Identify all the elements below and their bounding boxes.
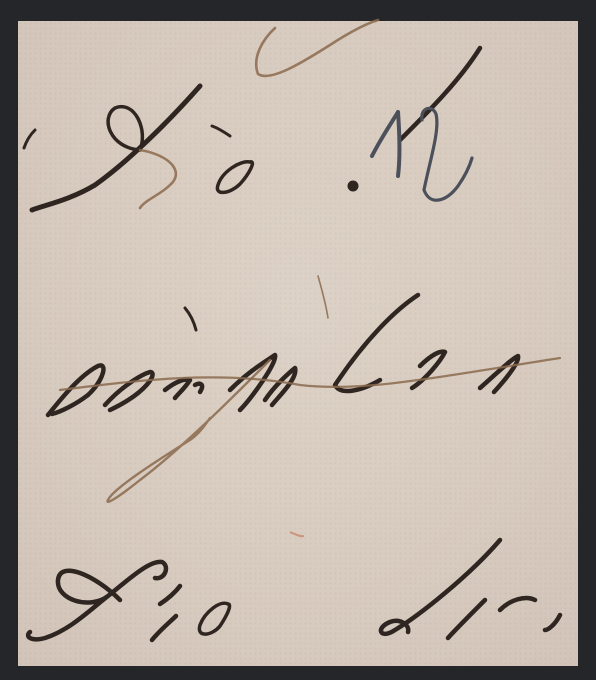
mark-left-line1 xyxy=(24,130,35,148)
accent-mark xyxy=(212,126,230,136)
word-dis-line3 xyxy=(381,540,560,638)
accent-mark-line2 xyxy=(185,308,196,330)
pencil-digit-2 xyxy=(422,108,472,200)
ascender-stroke-line1 xyxy=(400,48,480,140)
letter-i-line3 xyxy=(152,586,180,640)
red-speck xyxy=(290,532,304,536)
letter-o-line1 xyxy=(217,162,252,193)
letter-d-loop-line1 xyxy=(108,107,142,150)
letter-d-line1 xyxy=(32,86,200,210)
top-flourish-stroke xyxy=(256,20,378,76)
letter-d-line3 xyxy=(28,562,166,639)
pencil-digit-1 xyxy=(372,112,400,176)
letter-o-line3 xyxy=(199,603,229,634)
handwriting-layer xyxy=(0,0,596,680)
letter-d-tail-line1 xyxy=(140,150,176,208)
word-line2 xyxy=(48,295,518,415)
faint-mark-center xyxy=(318,276,328,318)
period-dot xyxy=(348,181,359,192)
